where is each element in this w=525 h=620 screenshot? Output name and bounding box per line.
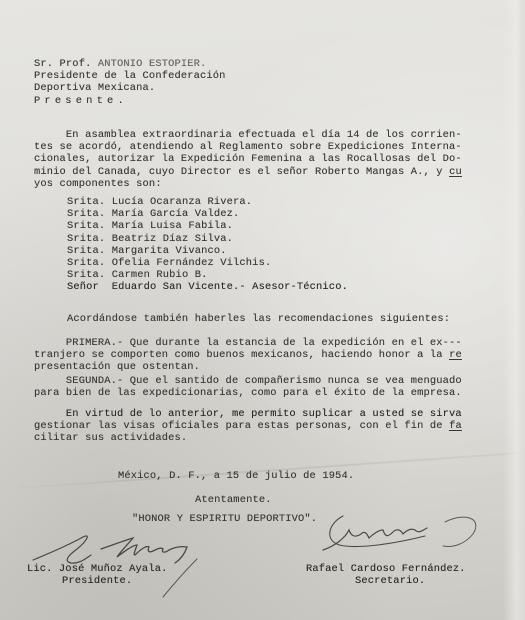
hyphenation-underline: re (449, 349, 462, 361)
recommendation-primera: PRIMERA.- Que durante la estancia de la … (34, 337, 462, 374)
hyphenation-underline: fa (449, 420, 462, 432)
signatory-name-president: Lic. José Muñoz Ayala. (27, 563, 167, 575)
addressee-presente: Presente. (34, 95, 128, 107)
motto: "HONOR Y ESPIRITU DEPORTIVO". (132, 513, 317, 525)
member-item: Señor Eduardo San Vicente.- Asesor-Técni… (67, 281, 348, 293)
closing-paragraph: En virtud de lo anterior, me permito sup… (34, 408, 462, 445)
member-item: Srita. Carmen Rubio B. (67, 269, 207, 281)
member-item: Srita. Beatriz Díaz Silva. (67, 233, 233, 245)
opening-paragraph: En asamblea extraordinaria efectuada el … (34, 129, 462, 190)
member-item: Srita. Ofelia Fernández Vilchis. (67, 257, 271, 269)
signatory-role-secretary: Secretario. (355, 575, 425, 587)
letter-paper: Sr. Prof. ANTONIO ESTOPIER. Presidente d… (0, 0, 525, 620)
paragraph-line: presentación que ostentan. (34, 361, 200, 373)
paragraph-line: PRIMERA.- Que durante la estancia de la … (34, 337, 462, 349)
paragraph-line: En asamblea extraordinaria efectuada el … (34, 129, 462, 141)
recommendations-intro: Acordándose también haberles las recomen… (67, 313, 450, 325)
member-item: Srita. María Luisa Fabila. (67, 220, 233, 232)
paragraph-line: yos componentes son: (34, 178, 162, 190)
paragraph-line: cionales, autorizar la Expedición Femeni… (34, 153, 462, 165)
hyphenation-underline: cu (449, 166, 462, 178)
paragraph-line: tranjero se comporten como buenos mexica… (34, 349, 449, 361)
valediction: Atentamente. (195, 494, 272, 506)
paragraph-line: SEGUNDA.- Que el santido de compañerismo… (34, 375, 462, 387)
paragraph-line: En virtud de lo anterior, me permito sup… (34, 408, 462, 420)
paragraph-line: tes se acordó, atendiendo al Reglamento … (34, 141, 462, 153)
addressee-title: Sr. Prof. (34, 58, 98, 70)
member-item: Srita. Lucía Ocaranza Rivera. (67, 196, 252, 208)
place-date: México, D. F., a 15 de julio de 1954. (118, 470, 354, 482)
members-list: Srita. Lucía Ocaranza Rivera. Srita. Mar… (67, 196, 348, 294)
paper-edge-highlight (503, 0, 525, 620)
signatory-name-secretary: Rafael Cardoso Fernández. (306, 563, 466, 575)
paragraph-line: cilitar sus actividades. (34, 432, 187, 444)
addressee-name: ANTONIO ESTOPIER. (98, 58, 207, 70)
member-item: Srita. Margarita Vivanco. (67, 245, 227, 257)
addressee-position: Presidente de la Confederación (34, 70, 226, 82)
paragraph-line: para bien de las expedicionarias, como p… (34, 387, 462, 399)
addressee-organization: Deportiva Mexicana. (34, 82, 155, 94)
signature-secretary (305, 508, 485, 570)
paragraph-line: gestionar las visas oficiales para estas… (34, 420, 449, 432)
signatory-role-president: Presidente. (62, 575, 132, 587)
member-item: Srita. María García Valdez. (67, 208, 239, 220)
addressee-block: Sr. Prof. ANTONIO ESTOPIER. Presidente d… (34, 58, 226, 107)
recommendation-segunda: SEGUNDA.- Que el santido de compañerismo… (34, 375, 462, 399)
paragraph-line: minio del Canada, cuyo Director es el se… (34, 166, 449, 178)
